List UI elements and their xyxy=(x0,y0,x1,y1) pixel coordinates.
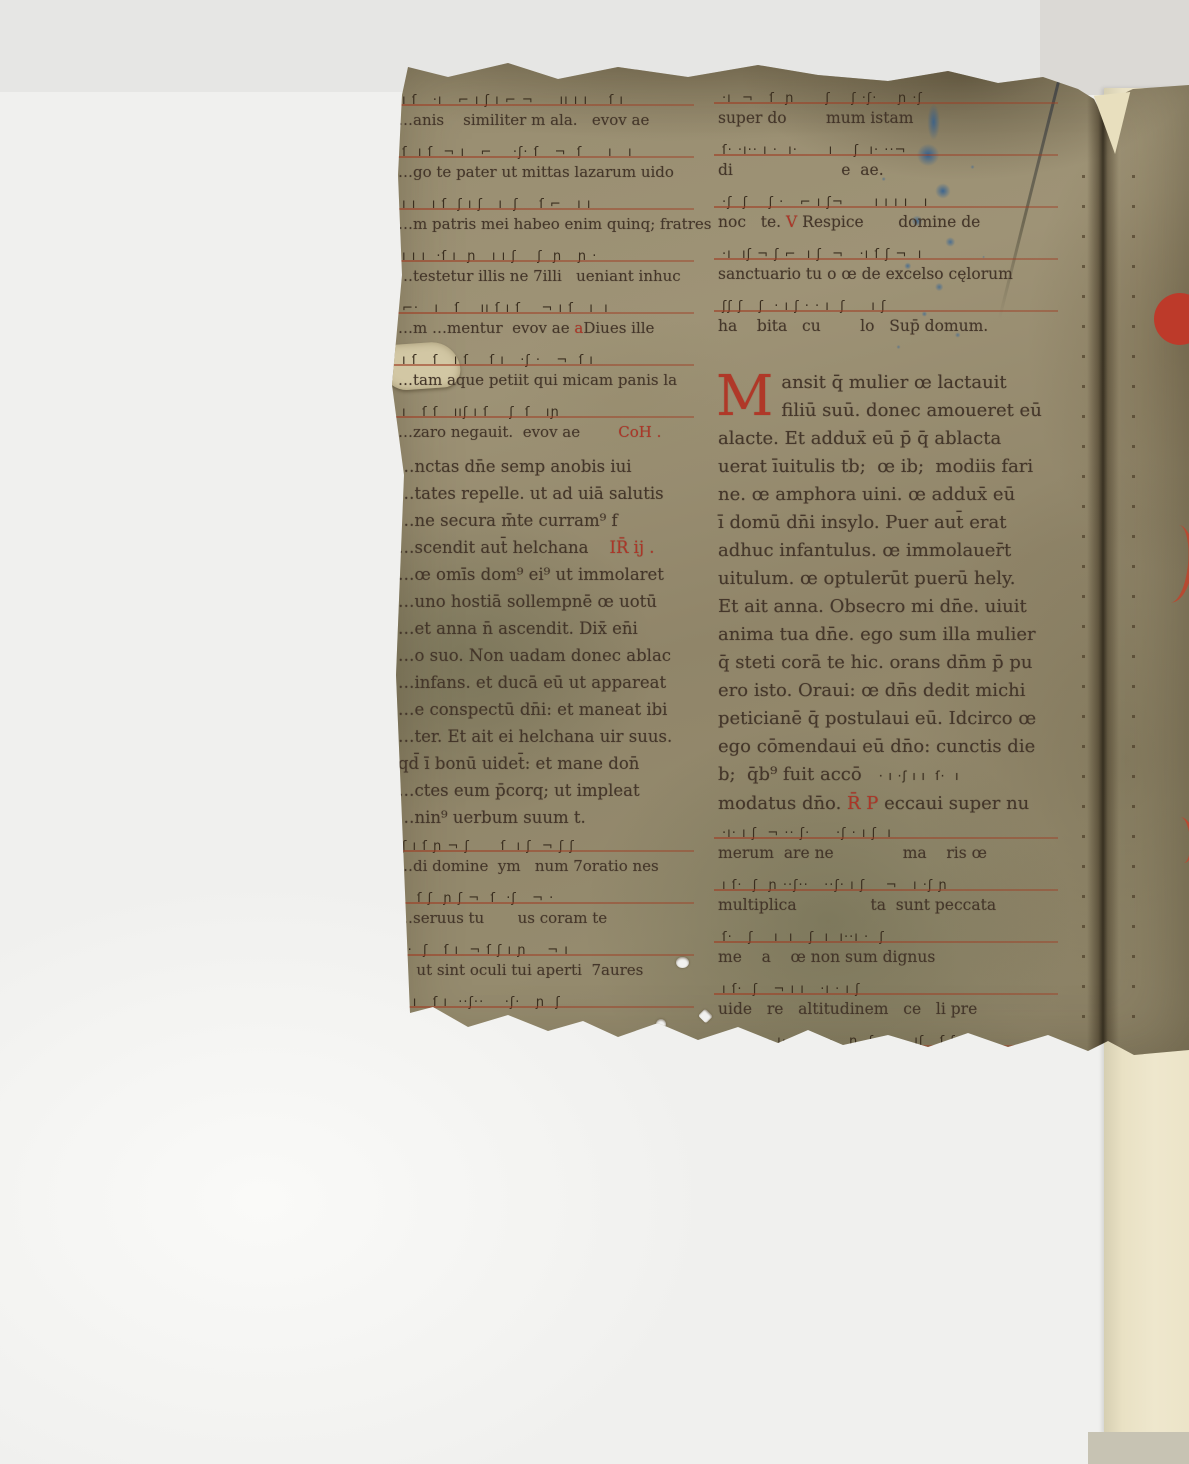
neume-marks: ⌐· ı ſ ıı ſ ı ſ ¬ ı ſ ı ı xyxy=(402,301,609,316)
pricking-marks-right xyxy=(1132,175,1135,1025)
left-column: ı ſ ·ı ⌐ ı ʃ ı ⌐ ¬ ıı ı ı ſ ı…anis simil… xyxy=(398,85,692,1013)
red-flourish-upper xyxy=(1158,524,1189,605)
text-line: …ne secura m̄te curram⁹ f xyxy=(398,507,692,534)
text-line: …œ omīs dom⁹ ei⁹ ut immolaret xyxy=(398,561,692,588)
music-line: ſ· ʃ ſ ı ¬ ſ ʃ ı ɲ ¬ ı xyxy=(398,935,692,961)
text-line: …zaro negauit. evov ae CoH . xyxy=(398,423,692,449)
text-line: …ter. Et ait ei helchana uir suus. xyxy=(398,723,692,750)
latin-text: alacte. Et addux̄ eū p̄ q̄ ablacta xyxy=(718,428,1001,449)
text-line: …testetur illis ne 7illi ueniant inhuc xyxy=(398,267,692,293)
latin-text: …tam aque petiit qui micam panis la xyxy=(398,371,677,389)
parchment-hole xyxy=(698,1009,713,1024)
neume-marks: ı ſ· ʃ ɲ ··ʃ·· ··ʃ· ı ʃ ¬ ı ·ʃ ɲ xyxy=(722,878,948,893)
neume-marks: ı ſ ·ı ⌐ ı ʃ ı ⌐ ¬ ıı ı ı ſ ı xyxy=(402,93,624,108)
illuminated-initial: M xyxy=(716,372,773,422)
text-line: uide re altitudinem ce li pre xyxy=(718,1000,1056,1026)
latin-text: …ctes eum p̄corq; ut impleat xyxy=(398,781,640,800)
text-line: qd̄ ī bonū uidet̄: et mane don̄ xyxy=(398,750,692,777)
music-line: ſ· ʃ ı ı ʃ ı ı··ı · ʃ xyxy=(718,922,1056,948)
music-line: ·ı· ı ʃ ¬ ·· ʃ· ·ʃ · ı ʃ ı xyxy=(718,818,1056,844)
latin-text: Respice domine de xyxy=(797,213,980,231)
text-line: di e ae. xyxy=(718,161,1056,187)
neume-marks: ı ı ı ·ſ ı ɲ ı ı ʃ ʃ ɲ ɲ · xyxy=(402,249,597,264)
neume-marks: ſ ı ſ ¬ ı ⌐ ·ʃ· ſ ¬ ſ ı ı xyxy=(402,145,633,160)
latin-text: …di domine ym num 7oratio nes xyxy=(398,857,659,875)
text-line: …o suo. Non uadam donec ablac xyxy=(398,642,692,669)
music-line: ſ· ·ı·· ı · ı· ı ʃ ı· ··¬ xyxy=(718,135,1056,161)
music-line: ʃʃ ʃ ʃ · ı ʃ · · ı ʃ ı ʃ xyxy=(718,291,1056,317)
latin-text: …nctas dn̄e semp anobis iui xyxy=(398,457,632,476)
red-initial-showthrough-roundel xyxy=(1154,293,1189,345)
text-line: super do mum istam xyxy=(718,109,1056,135)
neume-marks: ſ· ʃ ſ ı ¬ ſ ʃ ı ɲ ¬ ı xyxy=(402,943,569,958)
text-block: …nctas dn̄e semp anobis iui…tates repell… xyxy=(398,453,692,831)
latin-text: filiū suū. donec amoueret eū xyxy=(781,400,1041,421)
text-line: merum are ne ma ris œ xyxy=(718,844,1056,870)
text-line: …nin⁹ uerbum suum t. xyxy=(398,804,692,831)
text-line: …et anna n̄ ascendit. Dix̄ en̄i xyxy=(398,615,692,642)
neume-marks: ʃʃ ʃ ʃ · ı ʃ · · ı ʃ ı ʃ xyxy=(722,299,886,314)
latin-text: …et anna n̄ ascendit. Dix̄ en̄i xyxy=(398,619,638,638)
text-line: e ut sint oculi tui aperti 7aures xyxy=(398,961,692,987)
neume-marks: ſ· ʃ ı ı ʃ ı ı··ı · ʃ xyxy=(722,930,885,945)
red-flourish-lower xyxy=(1172,816,1189,863)
latin-text: …infans. et ducā eū ut appareat xyxy=(398,673,666,692)
latin-text: …œ omīs dom⁹ ei⁹ ut immolaret xyxy=(398,565,664,584)
latin-text: ī domū dn̄i insylo. Puer aut̄ erat xyxy=(718,512,1006,533)
latin-text: uerat īuitulis tb; œ ib; modiis fari xyxy=(718,456,1033,477)
neume-marks: ı ſ ſ ııʃ ı ſ ʃ ſ ıɲ xyxy=(402,405,560,420)
music-line: ı ı ı ſ ʃ ı ʃ ı ʃ ſ ⌐ ı ı xyxy=(398,189,692,215)
backing-page-bottom-edge xyxy=(1088,1432,1189,1464)
text-line: multiplica ta sunt peccata xyxy=(718,896,1056,922)
latin-text: …anis similiter m ala. evov ae xyxy=(398,111,649,129)
neume-marks: ·ı ıʃ ¬ ʃ ⌐ ı ʃ ¬ ·ı ſ ʃ ¬ ı xyxy=(722,247,922,262)
text-line: me a œ non sum dignus xyxy=(718,948,1056,974)
music-line: ſ ı ſ ı ··ʃ·· ·ʃ· ɲ ʃ xyxy=(398,987,692,1013)
latin-text: ego cōmendaui eū dn̄o: cunctis die xyxy=(718,736,1035,757)
latin-text: …m …mentur evov ae xyxy=(398,319,574,337)
latin-text: …ne secura m̄te curram⁹ f xyxy=(398,511,618,530)
latin-text: …e conspectū dn̄i: et maneat ibi xyxy=(398,700,667,719)
latin-text: …ter. Et ait ei helchana uir suus. xyxy=(398,727,672,746)
latin-text: merum are ne ma ris œ xyxy=(718,844,987,862)
rubric-text: R̄ P xyxy=(847,793,878,814)
neume-marks: ſ· ·ı·· ı · ı· ı ʃ ı· ··¬ xyxy=(722,143,906,158)
music-line: ı ſ ſ ı ſ ſ ı ·ʃ · ¬ ſ ı xyxy=(398,345,692,371)
latin-text: Diues ille xyxy=(583,319,654,337)
neume-marks: ſ ı ſ ı ··ʃ·· ·ʃ· ɲ ʃ xyxy=(402,995,561,1010)
latin-text: …m patris mei habeo enim quinq; fratres xyxy=(398,215,711,233)
text-line: …m patris mei habeo enim quinq; fratres xyxy=(398,215,692,241)
latin-text: ha bita cu lo Sup̄ domum. xyxy=(718,317,988,335)
latin-text: …testetur illis ne 7illi ueniant inhuc xyxy=(398,267,681,285)
text-line: …di domine ym num 7oratio nes xyxy=(398,857,692,883)
latin-text: b; q̄b⁹ fuit accō xyxy=(718,764,879,785)
latin-text: …tates repelle. ut ad uiā salutis xyxy=(398,484,664,503)
latin-text: q̄ steti corā te hic. orans dn̄m p̄ pu xyxy=(718,652,1033,673)
neume-marks: ʃ ı ſ ɲ ¬ ʃ ſ ı ʃ ¬ ʃ ʃ xyxy=(402,839,575,854)
text-line: …ctes eum p̄corq; ut impleat xyxy=(398,777,692,804)
latin-text: …scendit aut̄ helchana xyxy=(398,538,609,557)
latin-text: e ut sint oculi tui aperti 7aures xyxy=(398,961,643,979)
rubric-text: CoH . xyxy=(618,423,661,441)
latin-text: super do mum istam xyxy=(718,109,913,127)
latin-text: noc te. xyxy=(718,213,786,231)
text-line: …scendit aut̄ helchana IR̄ ij . xyxy=(398,534,692,561)
neume-marks: ı ſ· ʃ ¬ ı ı ·ı · ı ʃ xyxy=(722,982,861,997)
music-line: ı ſ· ʃ ¬ ı ı ·ı · ı ʃ xyxy=(718,974,1056,1000)
rubric-text: IR̄ ij . xyxy=(609,538,654,557)
right-column: ·ı ¬ ſ ɲ ʃ ʃ ·ʃ· ɲ ·ʃsuper do mum istamſ… xyxy=(718,83,1056,1052)
text-line: …uno hostiā sollempnē œ uotū xyxy=(398,588,692,615)
music-line: ı ſ ·ı ⌐ ı ʃ ı ⌐ ¬ ıı ı ı ſ ı xyxy=(398,85,692,111)
music-line: ſ ı ſ ¬ ı ⌐ ·ʃ· ſ ¬ ſ ı ı xyxy=(398,137,692,163)
neume-marks: ·ı ¬ ſ ɲ ʃ ʃ ·ʃ· ɲ ·ʃ xyxy=(722,91,923,106)
latin-text: ero isto. Oraui: œ dn̄s dedit michi xyxy=(718,680,1026,701)
text-line: …m …mentur evov ae aDiues ille xyxy=(398,319,692,345)
latin-text: …uno hostiā sollempnē œ uotū xyxy=(398,592,657,611)
latin-text: …seruus tu us coram te xyxy=(398,909,607,927)
latin-text: uide re altitudinem ce li pre xyxy=(718,1000,977,1018)
latin-text: …nin⁹ uerbum suum t. xyxy=(398,808,586,827)
latin-text: peticianē q̄ postulaui eū. Idcirco œ xyxy=(718,708,1036,729)
music-line: ı ſ· ʃ ɲ ··ʃ·· ··ʃ· ı ʃ ¬ ı ·ʃ ɲ xyxy=(718,870,1056,896)
binding-fold-crease xyxy=(1087,55,1119,1063)
latin-text: Et ait anna. Obsecro mi dn̄e. uiuit xyxy=(718,596,1027,617)
text-line: …nctas dn̄e semp anobis iui xyxy=(398,453,692,480)
neume-marks: ·ı· ı ʃ ¬ ·· ʃ· ·ʃ · ı ʃ ı xyxy=(722,826,892,841)
lesson-text-block: Mansit q̄ mulier œ lactauitfiliū suū. … xyxy=(718,369,1056,818)
latin-text: me a œ non sum dignus xyxy=(718,948,935,966)
latin-text: modatus dn̄o. xyxy=(718,793,847,814)
music-line: ı ı ı ·ſ ı ɲ ı ı ʃ ʃ ɲ ɲ · xyxy=(398,241,692,267)
latin-text: anima tua dn̄e. ego sum illa mulier xyxy=(718,624,1036,645)
manuscript-parchment-fragment: ı ſ ·ı ⌐ ı ʃ ı ⌐ ¬ ıı ı ı ſ ı…anis simil… xyxy=(388,55,1189,1063)
music-line: ı ſ ʃ ɲ ʃ ¬ ſ ·ʃ ¬ · xyxy=(398,883,692,909)
neume-marks: ı ı ı ſ ʃ ı ʃ ı ʃ ſ ⌐ ı ı xyxy=(402,197,591,212)
latin-text: adhuc infantulus. œ immolauer̄t xyxy=(718,540,1011,561)
text-line: sanctuario tu o œ de excelso cęlorum xyxy=(718,265,1056,291)
latin-text: ansit q̄ mulier œ lactauit xyxy=(781,372,1006,393)
music-line: ·ʃ ʃ ʃ · ⌐ ı ʃ¬ ı ı ı ı ı xyxy=(718,187,1056,213)
latin-text: …go te pater ut mittas lazarum uido xyxy=(398,163,674,181)
latin-text: uitulum. œ optulerūt puerū hely. xyxy=(718,568,1016,589)
neume-marks: ı ſ ſ ı ſ ſ ı ·ʃ · ¬ ſ ı xyxy=(402,353,594,368)
rubric-text: a xyxy=(574,319,583,337)
latin-text: qd̄ ī bonū uidet̄: et mane don̄ xyxy=(398,754,639,773)
text-line: …e conspectū dn̄i: et maneat ibi xyxy=(398,696,692,723)
text-line: …infans. et ducā eū ut appareat xyxy=(398,669,692,696)
neume-marks: ı ſ ʃ ɲ ʃ ¬ ſ ·ʃ ¬ · xyxy=(402,891,554,906)
text-line: …seruus tu us coram te xyxy=(398,909,692,935)
text-line: …tam aque petiit qui micam panis la xyxy=(398,371,692,397)
music-line: ·ı ıʃ ¬ ʃ ⌐ ı ʃ ¬ ·ı ſ ʃ ¬ ı xyxy=(718,239,1056,265)
latin-text: …zaro negauit. evov ae xyxy=(398,423,618,441)
latin-text: ne. œ amphora uini. œ addux̄ eū xyxy=(718,484,1015,505)
text-line: …go te pater ut mittas lazarum uido xyxy=(398,163,692,189)
music-line: ⌐· ı ſ ıı ſ ı ſ ¬ ı ſ ı ı xyxy=(398,293,692,319)
neume-marks: ·ʃ ʃ ʃ · ⌐ ı ʃ¬ ı ı ı ı ı xyxy=(722,195,928,210)
text-line: …tates repelle. ut ad uiā salutis xyxy=(398,480,692,507)
latin-text: di e ae. xyxy=(718,161,884,179)
rubric-text: V xyxy=(786,213,797,231)
text-line: noc te. V Respice domine de xyxy=(718,213,1056,239)
music-line: ı ſ ſ ııʃ ı ſ ʃ ſ ıɲ xyxy=(398,397,692,423)
music-line: ·ı ¬ ſ ɲ ʃ ʃ ·ʃ· ɲ ·ʃ xyxy=(718,83,1056,109)
pricking-marks-left xyxy=(1082,175,1085,1025)
latin-text: sanctuario tu o œ de excelso cęlorum xyxy=(718,265,1013,283)
latin-text: …o suo. Non uadam donec ablac xyxy=(398,646,671,665)
text-line: …anis similiter m ala. evov ae xyxy=(398,111,692,137)
latin-text: multiplica ta sunt peccata xyxy=(718,896,996,914)
neume-marks: · ı ·ʃ ı ı ſ· ı xyxy=(879,769,960,783)
text-line: ha bita cu lo Sup̄ domum. xyxy=(718,317,1056,343)
latin-text: eccaui super nu xyxy=(878,793,1029,814)
music-line: ʃ ı ſ ɲ ¬ ʃ ſ ı ʃ ¬ ʃ ʃ xyxy=(398,831,692,857)
